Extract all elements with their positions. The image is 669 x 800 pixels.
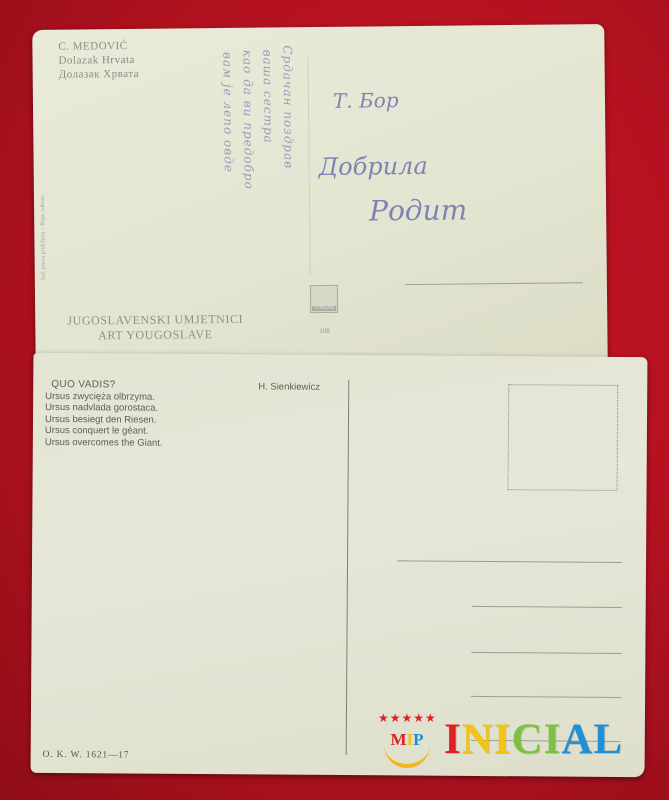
handwriting-line: ваша сестра [260,49,275,143]
brand-letter: N [462,716,494,763]
publisher-logo-icon: VINDAB [310,285,338,313]
caption-line: Ursus conquert le géant. [45,425,163,437]
caption-block: QUO VADIS? Ursus zwycięża olbrzyma. Ursu… [45,379,163,449]
caption-line: Ursus besiegt den Riesen. [45,413,163,425]
card-number: 108 [319,327,330,335]
artist-name: C. MEDOVIĆ [52,39,139,54]
artwork-title-latin: Dolazak Hrvata [52,53,139,68]
postcard-top: C. MEDOVIĆ Dolazak Hrvata Долазак Хрвата… [32,24,608,373]
series-line-1: JUGOSLAVENSKI UMJETNICI [35,311,275,329]
brand-letter: C [512,716,544,763]
caption-title: QUO VADIS? [45,379,163,391]
handwriting-line: Срдачан поздрав [280,45,295,169]
address-line [405,282,583,285]
address-line [471,696,621,698]
series-line-2: ART YOUGOSLAVE [35,326,275,344]
stars-icon: ★★★★★ [378,712,436,724]
brand-letter: L [593,716,623,763]
publisher-logo-label: VINDAB [312,306,336,311]
mip-badge-icon: ★★★★★ MIP [378,712,436,768]
caption-line: Ursus nadvlada gorostaca. [45,402,163,414]
brand-letter: A [561,716,593,763]
handwriting-signature: Т. Бор [333,88,399,113]
sender-block: C. MEDOVIĆ Dolazak Hrvata Долазак Хрвата [52,39,139,82]
side-print: Izd. prava pridržana – Repr. zabran. [40,194,47,280]
handwriting-line: као да ви предобро [240,50,255,190]
handwriting-signature: Родит [369,193,467,227]
brand-letter: I [494,716,512,763]
caption-line: Ursus zwycięża olbrzyma. [45,390,163,402]
brand-letter: I [444,716,462,763]
stamp-box [508,384,619,491]
handwriting-line: вам је лепо овде [220,52,235,173]
center-divider [346,380,350,755]
handwriting-signature: Добрила [319,152,428,181]
brand-letter: I [544,716,562,763]
author-name: H. Sienkiewicz [258,381,320,392]
artwork-title-cyrillic: Долазак Хрвата [53,67,140,82]
publisher-code: O. K. W. 1621—17 [43,750,130,761]
series-title: JUGOSLAVENSKI UMJETNICI ART YOUGOSLAVE [35,311,275,344]
caption-line: Ursus overcomes the Giant. [45,436,163,448]
center-divider [308,57,311,277]
laurel-icon [384,744,430,768]
brand-name: INICIAL [444,717,623,763]
address-line [471,652,621,654]
watermark-logo: ★★★★★ MIP INICIAL [378,712,623,768]
address-line [472,606,622,608]
address-line [397,560,622,563]
